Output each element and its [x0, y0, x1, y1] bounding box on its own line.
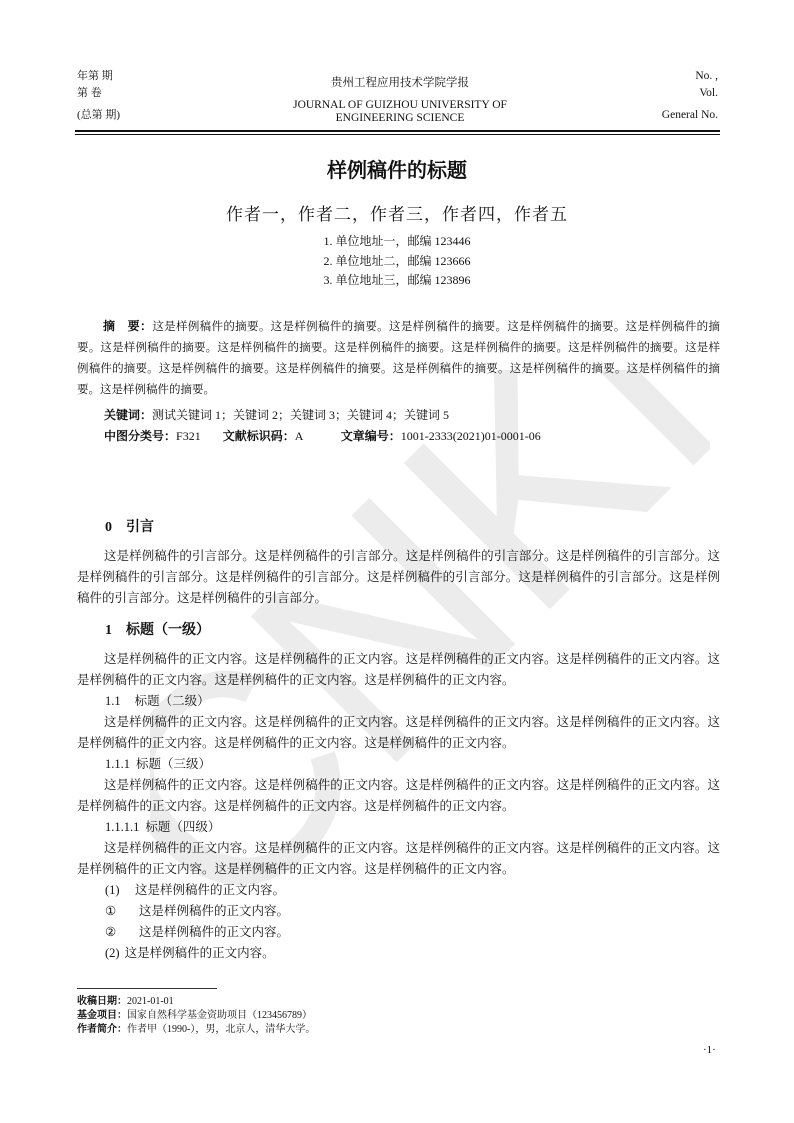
abstract-label: 摘 要： — [103, 319, 152, 333]
section-heading-1-1: 1.1标题（二级） — [105, 691, 720, 712]
article-no-label: 文章编号： — [341, 429, 401, 443]
header-no: No. , — [662, 68, 718, 85]
doc-code-value: A — [295, 429, 303, 443]
article-authors: 作者一，作者二，作者三，作者四，作者五 — [0, 200, 794, 225]
received-date: 收稿日期：2021-01-01 — [77, 995, 315, 1009]
journal-name-cn: 贵州工程应用技术学院学报 — [250, 74, 550, 90]
list-item: (1)这是样例稿件的正文内容。 — [105, 880, 720, 901]
journal-name-en-1: JOURNAL OF GUIZHOU UNIVERSITY OF — [250, 99, 550, 112]
section-heading-1-1-1: 1.1.1标题（三级） — [105, 754, 720, 775]
section-1-paragraph: 这是样例稿件的正文内容。这是样例稿件的正文内容。这是样例稿件的正文内容。这是样例… — [77, 649, 720, 691]
header-double-rule — [75, 130, 720, 135]
section-1-1-paragraph: 这是样例稿件的正文内容。这是样例稿件的正文内容。这是样例稿件的正文内容。这是样例… — [77, 712, 720, 754]
footnotes: 收稿日期：2021-01-01 基金项目：国家自然科学基金资助项目（123456… — [77, 995, 315, 1037]
abstract: 摘 要：这是样例稿件的摘要。这是样例稿件的摘要。这是样例稿件的摘要。这是样例稿件… — [77, 316, 720, 401]
author-bio: 作者简介：作者甲（1990-），男，北京人，清华大学。 — [77, 1023, 315, 1037]
doc-code-label: 文献标识码： — [223, 429, 295, 443]
classification-line: 中图分类号：F321 文献标识码：A 文章编号：1001-2333(2021)0… — [104, 426, 541, 447]
page-number: ·1· — [703, 1044, 716, 1056]
section-1-1-1-1-paragraph: 这是样例稿件的正文内容。这是样例稿件的正文内容。这是样例稿件的正文内容。这是样例… — [77, 838, 720, 880]
keywords-line: 关键词：测试关键词 1；关键词 2；关键词 3；关键词 4；关键词 5 — [104, 405, 541, 426]
fund-project: 基金项目：国家自然科学基金资助项目（123456789） — [77, 1009, 315, 1023]
header-vol: Vol. — [662, 85, 718, 102]
affiliation-3: 3. 单位地址三，邮编 123896 — [0, 271, 794, 291]
paper-page: CNKI 年第 期 第 卷 (总第 期) 贵州工程应用技术学院学报 JOURNA… — [0, 0, 794, 1123]
list-item: (2)这是样例稿件的正文内容。 — [105, 943, 720, 964]
list-item: ①这是样例稿件的正文内容。 — [105, 901, 720, 922]
section-1-1-1-paragraph: 这是样例稿件的正文内容。这是样例稿件的正文内容。这是样例稿件的正文内容。这是样例… — [77, 775, 720, 817]
header-general-issue: (总第 期) — [77, 107, 120, 124]
header-volume: 第 卷 — [77, 85, 120, 102]
article-meta: 关键词：测试关键词 1；关键词 2；关键词 3；关键词 4；关键词 5 中图分类… — [104, 405, 541, 447]
article-title: 样例稿件的标题 — [0, 154, 794, 183]
affiliation-1: 1. 单位地址一，邮编 123446 — [0, 232, 794, 252]
footnote-divider — [77, 988, 217, 989]
affiliations: 1. 单位地址一，邮编 123446 2. 单位地址二，邮编 123666 3.… — [0, 232, 794, 291]
article-body: 0引言 这是样例稿件的引言部分。这是样例稿件的引言部分。这是样例稿件的引言部分。… — [77, 516, 720, 964]
header-year-issue: 年第 期 — [77, 68, 120, 85]
header-issue-info-en: No. , Vol. General No. — [662, 68, 718, 124]
journal-name-en-2: ENGINEERING SCIENCE — [250, 112, 550, 125]
clc-label: 中图分类号： — [104, 429, 176, 443]
keywords-text: 测试关键词 1；关键词 2；关键词 3；关键词 4；关键词 5 — [152, 408, 449, 422]
section-heading-1: 1标题（一级） — [105, 619, 720, 639]
keywords-label: 关键词： — [104, 408, 152, 422]
list-item: ②这是样例稿件的正文内容。 — [105, 922, 720, 943]
article-no-value: 1001-2333(2021)01-0001-06 — [401, 429, 541, 443]
clc-value: F321 — [176, 429, 201, 443]
section-0-paragraph: 这是样例稿件的引言部分。这是样例稿件的引言部分。这是样例稿件的引言部分。这是样例… — [77, 546, 720, 609]
header-general-no: General No. — [662, 107, 718, 124]
header-journal-name: 贵州工程应用技术学院学报 JOURNAL OF GUIZHOU UNIVERSI… — [250, 74, 550, 125]
section-heading-0: 0引言 — [105, 516, 720, 536]
section-heading-1-1-1-1: 1.1.1.1标题（四级） — [105, 817, 720, 838]
header-issue-info: 年第 期 第 卷 (总第 期) — [77, 68, 120, 124]
abstract-text: 这是样例稿件的摘要。这是样例稿件的摘要。这是样例稿件的摘要。这是样例稿件的摘要。… — [77, 321, 720, 396]
affiliation-2: 2. 单位地址二，邮编 123666 — [0, 252, 794, 272]
